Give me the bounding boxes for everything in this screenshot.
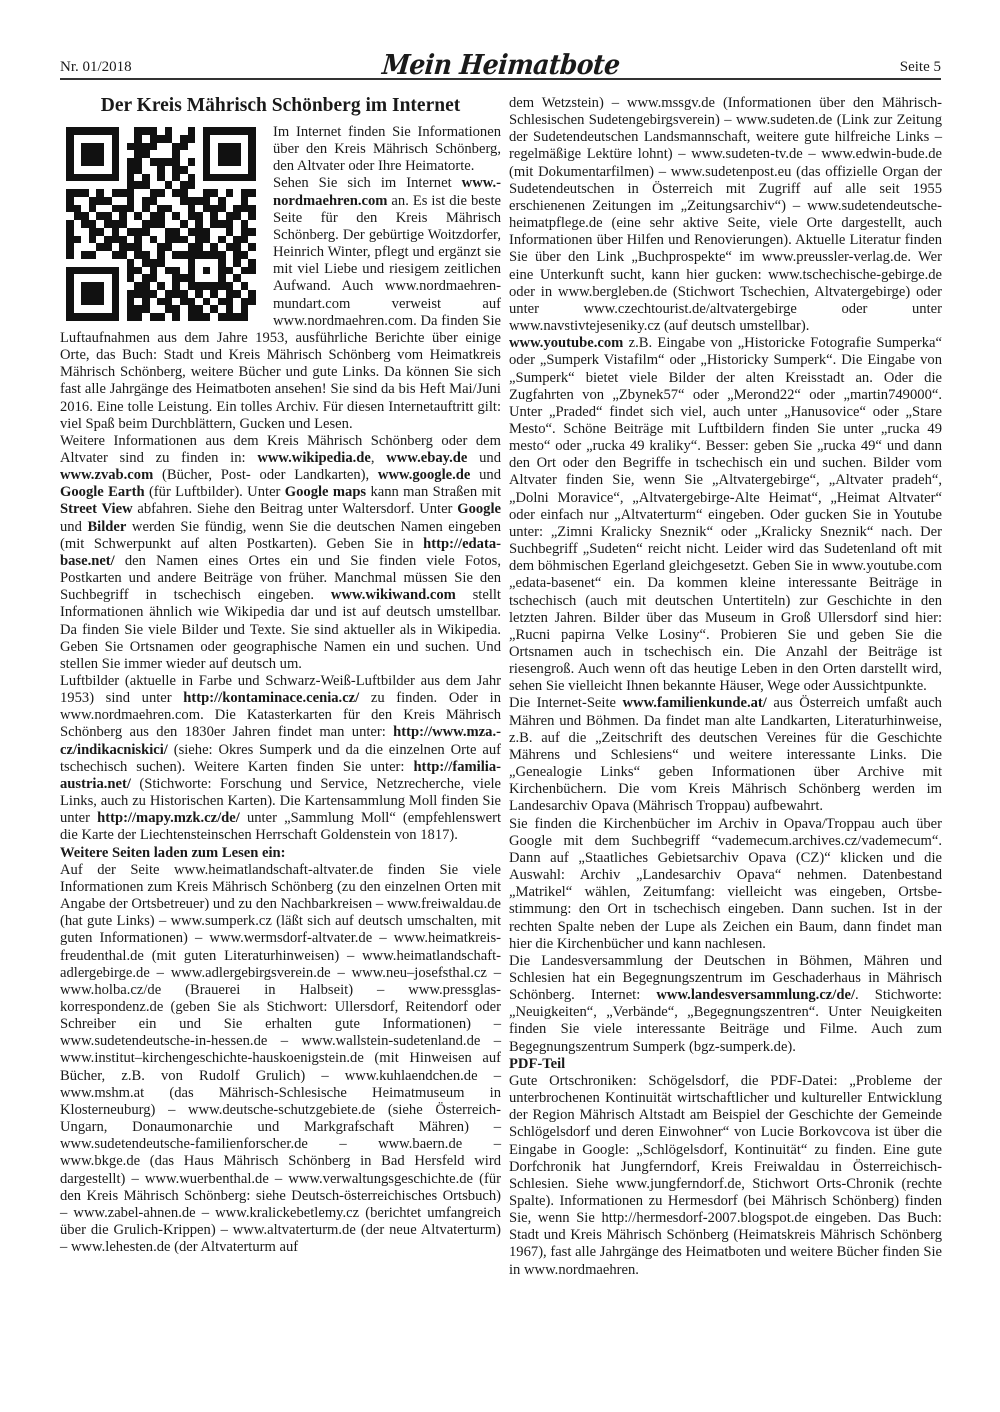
text-run: aus Österreich umfaßt auch Mähren und Bö… xyxy=(509,695,942,814)
qr-module xyxy=(210,174,218,182)
qr-module xyxy=(218,189,226,197)
qr-module xyxy=(74,243,82,251)
qr-module xyxy=(150,127,158,135)
qr-module xyxy=(89,305,97,313)
qr-module xyxy=(172,127,180,135)
qr-module xyxy=(74,212,82,220)
qr-module xyxy=(218,282,226,290)
qr-module xyxy=(226,251,234,259)
qr-module xyxy=(66,267,74,275)
qr-module xyxy=(188,212,196,220)
qr-module xyxy=(172,267,180,275)
qr-module xyxy=(203,166,211,174)
qr-module xyxy=(142,243,150,251)
qr-module xyxy=(104,259,112,267)
qr-module xyxy=(66,243,74,251)
qr-module xyxy=(157,205,165,213)
qr-module xyxy=(188,274,196,282)
qr-module xyxy=(226,313,234,321)
bold-link-text: Google Earth xyxy=(60,484,145,500)
qr-module xyxy=(134,135,142,143)
bold-link-text: www.youtube.com xyxy=(509,335,623,351)
qr-module xyxy=(210,143,218,151)
qr-module xyxy=(210,313,218,321)
qr-module xyxy=(150,298,158,306)
qr-module xyxy=(241,212,249,220)
qr-module xyxy=(226,205,234,213)
qr-module xyxy=(89,259,97,267)
qr-module xyxy=(96,205,104,213)
qr-module xyxy=(218,290,226,298)
qr-module xyxy=(195,189,203,197)
qr-module xyxy=(81,189,89,197)
paragraph: Die Landesversammlung der Deutschen in B… xyxy=(509,953,942,1056)
qr-module xyxy=(203,313,211,321)
qr-module xyxy=(119,189,127,197)
qr-module xyxy=(165,313,173,321)
qr-module xyxy=(81,228,89,236)
qr-module xyxy=(218,267,226,275)
qr-module xyxy=(66,181,74,189)
qr-module xyxy=(188,143,196,151)
qr-module xyxy=(203,305,211,313)
qr-module xyxy=(248,298,256,306)
qr-module xyxy=(134,305,142,313)
qr-module xyxy=(96,313,104,321)
qr-module xyxy=(203,274,211,282)
qr-module xyxy=(127,298,135,306)
qr-module xyxy=(104,228,112,236)
qr-module xyxy=(188,243,196,251)
qr-module xyxy=(157,143,165,151)
qr-module xyxy=(157,259,165,267)
qr-module xyxy=(195,298,203,306)
qr-module xyxy=(180,181,188,189)
qr-module xyxy=(218,259,226,267)
qr-module xyxy=(119,150,127,158)
qr-module xyxy=(233,174,241,182)
qr-module xyxy=(248,220,256,228)
qr-module xyxy=(134,150,142,158)
text-run: dem Wetzstein) – www.mssgv.de (Informati… xyxy=(509,95,942,334)
qr-module xyxy=(195,282,203,290)
qr-module xyxy=(226,174,234,182)
qr-module xyxy=(226,212,234,220)
qr-module xyxy=(81,143,89,151)
qr-module xyxy=(218,205,226,213)
qr-module xyxy=(127,197,135,205)
issue-number: Nr. 01/2018 xyxy=(60,59,132,76)
qr-module xyxy=(218,305,226,313)
qr-module xyxy=(233,243,241,251)
qr-module xyxy=(165,243,173,251)
qr-module xyxy=(226,298,234,306)
qr-module xyxy=(104,298,112,306)
qr-module xyxy=(119,290,127,298)
qr-module xyxy=(188,313,196,321)
qr-module xyxy=(127,205,135,213)
bold-link-text: http://kontaminace.cenia.cz/ xyxy=(183,690,359,706)
qr-module xyxy=(89,143,97,151)
qr-module xyxy=(165,166,173,174)
qr-module xyxy=(195,127,203,135)
qr-module xyxy=(172,243,180,251)
qr-module xyxy=(104,197,112,205)
qr-module xyxy=(248,212,256,220)
qr-module xyxy=(157,189,165,197)
qr-module xyxy=(127,236,135,244)
qr-module xyxy=(188,205,196,213)
qr-module xyxy=(157,267,165,275)
qr-module xyxy=(66,212,74,220)
bold-link-text: Bilder xyxy=(87,519,126,535)
qr-module xyxy=(203,259,211,267)
qr-module xyxy=(248,243,256,251)
qr-module xyxy=(188,220,196,228)
qr-module xyxy=(142,127,150,135)
qr-module xyxy=(119,259,127,267)
page-number: Seite 5 xyxy=(900,59,941,76)
qr-module xyxy=(233,127,241,135)
qr-module xyxy=(180,267,188,275)
qr-module xyxy=(134,274,142,282)
qr-module xyxy=(150,158,158,166)
qr-module xyxy=(119,205,127,213)
qr-module xyxy=(165,259,173,267)
qr-module xyxy=(74,205,82,213)
qr-module xyxy=(74,282,82,290)
qr-module xyxy=(248,158,256,166)
qr-module xyxy=(66,274,74,282)
paragraph: www.youtube.com z.B. Eingabe von „Histor… xyxy=(509,335,942,695)
qr-module xyxy=(81,305,89,313)
qr-module xyxy=(66,236,74,244)
qr-module xyxy=(150,205,158,213)
qr-module xyxy=(218,220,226,228)
text-run: und xyxy=(467,450,501,466)
qr-module xyxy=(81,236,89,244)
qr-module xyxy=(74,313,82,321)
qr-module xyxy=(104,220,112,228)
qr-module xyxy=(96,243,104,251)
qr-module xyxy=(195,181,203,189)
qr-module xyxy=(150,143,158,151)
qr-module xyxy=(66,313,74,321)
qr-module xyxy=(226,150,234,158)
qr-module xyxy=(119,267,127,275)
qr-module xyxy=(81,259,89,267)
qr-module xyxy=(127,228,135,236)
bold-link-text: www.familienkunde.at/ xyxy=(623,695,767,711)
qr-module xyxy=(157,274,165,282)
qr-module xyxy=(210,205,218,213)
qr-module xyxy=(112,259,120,267)
qr-module xyxy=(142,174,150,182)
qr-module xyxy=(150,251,158,259)
qr-module xyxy=(165,212,173,220)
paragraph: Luftbilder (aktuelle in Farbe und Schwar… xyxy=(60,673,501,845)
qr-module xyxy=(210,236,218,244)
qr-module xyxy=(241,298,249,306)
qr-module xyxy=(233,305,241,313)
qr-module xyxy=(81,298,89,306)
qr-module xyxy=(248,135,256,143)
qr-module xyxy=(157,174,165,182)
qr-module xyxy=(241,189,249,197)
qr-module xyxy=(142,251,150,259)
qr-module xyxy=(203,228,211,236)
qr-module xyxy=(210,181,218,189)
qr-module xyxy=(96,290,104,298)
qr-module xyxy=(218,158,226,166)
qr-module xyxy=(74,259,82,267)
qr-module xyxy=(233,228,241,236)
qr-module xyxy=(180,174,188,182)
qr-module xyxy=(233,212,241,220)
qr-module xyxy=(210,228,218,236)
qr-module xyxy=(150,274,158,282)
bold-link-text: Google maps xyxy=(285,484,366,500)
text-run: Gute Ortschroniken: Schögelsdorf, die PD… xyxy=(509,1073,942,1278)
qr-module xyxy=(150,305,158,313)
qr-module xyxy=(203,127,211,135)
qr-module xyxy=(180,205,188,213)
qr-module xyxy=(127,305,135,313)
qr-module xyxy=(188,298,196,306)
qr-module xyxy=(74,174,82,182)
qr-module xyxy=(104,243,112,251)
header-rule xyxy=(60,78,941,80)
qr-module xyxy=(195,135,203,143)
qr-module xyxy=(241,305,249,313)
qr-module xyxy=(210,267,218,275)
qr-module xyxy=(112,189,120,197)
qr-module xyxy=(104,212,112,220)
qr-module xyxy=(248,127,256,135)
qr-module xyxy=(226,305,234,313)
qr-module xyxy=(241,205,249,213)
qr-module xyxy=(142,236,150,244)
qr-module xyxy=(134,228,142,236)
qr-module xyxy=(157,228,165,236)
qr-module xyxy=(157,305,165,313)
qr-module xyxy=(203,243,211,251)
qr-module xyxy=(210,197,218,205)
qr-module xyxy=(81,212,89,220)
qr-module xyxy=(112,236,120,244)
qr-module xyxy=(119,158,127,166)
qr-module xyxy=(172,220,180,228)
qr-module xyxy=(142,290,150,298)
qr-module xyxy=(241,127,249,135)
qr-module xyxy=(172,212,180,220)
qr-module xyxy=(218,228,226,236)
qr-module xyxy=(210,220,218,228)
qr-module xyxy=(127,267,135,275)
qr-module xyxy=(165,290,173,298)
bold-link-text: www.wikiwand.com xyxy=(331,587,456,603)
qr-module xyxy=(104,251,112,259)
qr-module xyxy=(195,251,203,259)
qr-module xyxy=(66,298,74,306)
qr-module xyxy=(188,127,196,135)
qr-module xyxy=(248,150,256,158)
qr-module xyxy=(157,181,165,189)
qr-module xyxy=(89,205,97,213)
qr-module xyxy=(233,135,241,143)
qr-module xyxy=(195,166,203,174)
qr-module xyxy=(127,127,135,135)
qr-module xyxy=(218,127,226,135)
qr-module xyxy=(226,197,234,205)
qr-module xyxy=(203,158,211,166)
qr-module xyxy=(96,259,104,267)
qr-module xyxy=(165,220,173,228)
qr-module xyxy=(96,251,104,259)
qr-module xyxy=(81,127,89,135)
text-run: und xyxy=(60,519,87,535)
qr-module xyxy=(248,166,256,174)
qr-module xyxy=(248,205,256,213)
qr-module xyxy=(203,267,211,275)
qr-module xyxy=(104,174,112,182)
qr-module xyxy=(104,274,112,282)
qr-module xyxy=(74,274,82,282)
text-run: (Bücher, Post- oder Landkarten), xyxy=(153,467,378,483)
qr-module xyxy=(112,197,120,205)
qr-module xyxy=(233,282,241,290)
qr-module xyxy=(119,135,127,143)
qr-module xyxy=(195,197,203,205)
qr-module xyxy=(134,251,142,259)
qr-module xyxy=(150,174,158,182)
qr-module xyxy=(127,313,135,321)
qr-module xyxy=(233,205,241,213)
qr-module xyxy=(112,282,120,290)
qr-module xyxy=(210,212,218,220)
qr-module xyxy=(203,205,211,213)
qr-module xyxy=(89,251,97,259)
qr-module xyxy=(165,174,173,182)
qr-module xyxy=(81,282,89,290)
page-header: Nr. 01/2018 Mein Heimatbote Seite 5 xyxy=(60,50,941,80)
qr-module xyxy=(218,150,226,158)
qr-module xyxy=(165,127,173,135)
qr-module xyxy=(142,212,150,220)
qr-module xyxy=(218,174,226,182)
qr-module xyxy=(241,220,249,228)
qr-module xyxy=(157,127,165,135)
qr-module xyxy=(81,158,89,166)
qr-module xyxy=(134,236,142,244)
qr-module xyxy=(165,282,173,290)
qr-module xyxy=(203,143,211,151)
qr-module xyxy=(165,298,173,306)
qr-module xyxy=(104,127,112,135)
text-run: kann man Straßen mit xyxy=(366,484,501,500)
qr-module xyxy=(210,282,218,290)
qr-module xyxy=(241,174,249,182)
text-run: , xyxy=(371,450,386,466)
qr-module xyxy=(226,189,234,197)
qr-module xyxy=(195,228,203,236)
qr-module xyxy=(81,150,89,158)
text-run: Im Internet finden Sie Informatio­nen üb… xyxy=(273,124,501,174)
qr-module xyxy=(81,174,89,182)
qr-module xyxy=(127,158,135,166)
qr-module xyxy=(142,205,150,213)
qr-module xyxy=(127,243,135,251)
qr-module xyxy=(66,205,74,213)
qr-module xyxy=(210,189,218,197)
qr-module xyxy=(203,150,211,158)
qr-module xyxy=(89,290,97,298)
qr-module xyxy=(134,212,142,220)
qr-module xyxy=(89,274,97,282)
qr-module xyxy=(150,150,158,158)
qr-module xyxy=(226,259,234,267)
qr-module xyxy=(127,143,135,151)
qr-module xyxy=(89,267,97,275)
qr-module xyxy=(66,197,74,205)
qr-module xyxy=(81,251,89,259)
qr-module xyxy=(112,135,120,143)
qr-module xyxy=(241,150,249,158)
qr-module xyxy=(233,267,241,275)
qr-module xyxy=(127,290,135,298)
qr-module xyxy=(180,158,188,166)
qr-module xyxy=(96,274,104,282)
qr-module xyxy=(81,197,89,205)
qr-module xyxy=(96,236,104,244)
qr-module xyxy=(157,298,165,306)
qr-module xyxy=(248,313,256,321)
qr-module xyxy=(89,236,97,244)
qr-module xyxy=(180,212,188,220)
qr-module xyxy=(96,166,104,174)
qr-module xyxy=(74,267,82,275)
qr-module xyxy=(96,282,104,290)
qr-module xyxy=(203,181,211,189)
paragraph: Sie finden die Kirchenbücher im Archiv i… xyxy=(509,816,942,953)
qr-module xyxy=(172,197,180,205)
qr-module xyxy=(74,236,82,244)
qr-module xyxy=(233,313,241,321)
qr-module xyxy=(74,290,82,298)
qr-module xyxy=(241,166,249,174)
qr-module xyxy=(127,189,135,197)
qr-module xyxy=(142,135,150,143)
qr-module xyxy=(180,150,188,158)
qr-module xyxy=(203,282,211,290)
qr-module xyxy=(104,166,112,174)
qr-module xyxy=(218,313,226,321)
qr-module xyxy=(66,174,74,182)
qr-module xyxy=(81,135,89,143)
qr-module xyxy=(150,189,158,197)
qr-module xyxy=(74,251,82,259)
qr-module xyxy=(165,197,173,205)
qr-module xyxy=(165,150,173,158)
qr-module xyxy=(150,282,158,290)
qr-module xyxy=(66,127,74,135)
qr-module xyxy=(74,298,82,306)
qr-module xyxy=(172,158,180,166)
qr-module xyxy=(119,166,127,174)
qr-module xyxy=(81,290,89,298)
qr-module xyxy=(96,174,104,182)
qr-module xyxy=(81,274,89,282)
